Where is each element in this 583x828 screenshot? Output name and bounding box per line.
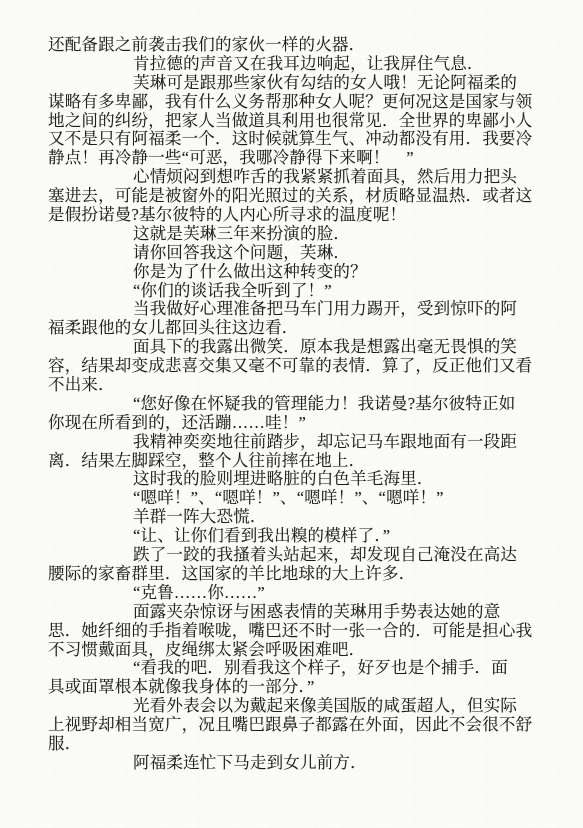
text-line: 服．	[48, 735, 535, 754]
text-line: 阿福柔连忙下马走到女儿前方．	[48, 754, 535, 773]
text-line: 地之间的纠纷，把家人当做道具利用也很常见．全世界的卑鄙小人	[48, 112, 535, 131]
text-line: “看我的吧．别看我这个样子，好歹也是个捕手．面	[48, 659, 535, 678]
text-line: 这时我的脸则埋进略脏的白色羊毛海里．	[48, 470, 535, 489]
text-line: 静点！再冷静一些“可恶，我哪冷静得下来啊！ ”	[48, 149, 535, 168]
text-line: 又不是只有阿福柔一个．这时候就算生气、冲动都没有用．我要冷	[48, 130, 535, 149]
text-line: 离．结果左脚踩空，整个人往前摔在地上．	[48, 452, 535, 471]
text-line: 这就是芙琳三年来扮演的脸．	[48, 225, 535, 244]
text-line: 你现在所看到的，还活蹦……哇！”	[48, 414, 535, 433]
text-line: 是假扮诺曼?基尔彼特的人内心所寻求的温度呢！	[48, 206, 535, 225]
text-line: 你是为了什么做出这种转变的？	[48, 263, 535, 282]
text-line: 心情烦闷到想咋舌的我紧紧抓着面具，然后用力把头	[48, 168, 535, 187]
text-line: 面具下的我露出微笑．原本我是想露出毫无畏惧的笑	[48, 338, 535, 357]
text-line: 芙琳可是跟那些家伙有勾结的女人哦！无论阿福柔的	[48, 74, 535, 93]
text-line: 羊群一阵大恐慌．	[48, 508, 535, 527]
text-line: 跌了一跤的我搔着头站起来，却发现自己淹没在高达	[48, 546, 535, 565]
novel-page: 还配备跟之前袭击我们的家伙一样的火器．肯拉德的声音又在我耳边响起，让我屏住气息．…	[0, 0, 583, 828]
text-line: 腰际的家畜群里．这国家的羊比地球的大上许多．	[48, 565, 535, 584]
text-line: “嗯咩！”、“嗯咩！”、“嗯咩！”、“嗯咩！”	[48, 489, 535, 508]
text-line: 光看外表会以为戴起来像美国版的咸蛋超人，但实际	[48, 697, 535, 716]
text-line: 不出来．	[48, 376, 535, 395]
text-line: 请你回答我这个问题，芙琳．	[48, 244, 535, 263]
text-line: 福柔跟他的女儿都回头往这边看．	[48, 319, 535, 338]
text-line: 我精神奕奕地往前踏步，却忘记马车跟地面有一段距	[48, 433, 535, 452]
text-line: 还配备跟之前袭击我们的家伙一样的火器．	[48, 36, 535, 55]
text-line: 不习惯戴面具，皮绳绑太紧会呼吸困难吧．	[48, 641, 535, 660]
text-line: 谋略有多卑鄙，我有什么义务帮那种女人呢？更何况这是国家与领	[48, 93, 535, 112]
text-block: 还配备跟之前袭击我们的家伙一样的火器．肯拉德的声音又在我耳边响起，让我屏住气息．…	[48, 36, 535, 773]
text-line: 容，结果却变成悲喜交集又毫不可靠的表情．算了，反正他们又看	[48, 357, 535, 376]
text-line: “克鲁……你……”	[48, 584, 535, 603]
text-line: 面露夹杂惊讶与困惑表情的芙琳用手势表达她的意	[48, 603, 535, 622]
text-line: 上视野却相当宽广，况且嘴巴跟鼻子都露在外面，因此不会很不舒	[48, 716, 535, 735]
text-line: 具或面罩根本就像我身体的一部分．”	[48, 678, 535, 697]
text-line: “你们的谈话我全听到了！”	[48, 282, 535, 301]
text-line: 当我做好心理准备把马车门用力踢开，受到惊吓的阿	[48, 300, 535, 319]
text-line: “让、让你们看到我出糗的模样了．”	[48, 527, 535, 546]
text-line: 塞进去，可能是被窗外的阳光照过的关系，材质略显温热．或者这	[48, 187, 535, 206]
text-line: 思．她纤细的手指着喉咙，嘴巴还不时一张一合的．可能是担心我	[48, 622, 535, 641]
text-line: “您好像在怀疑我的管理能力！我诺曼?基尔彼特正如	[48, 395, 535, 414]
text-line: 肯拉德的声音又在我耳边响起，让我屏住气息．	[48, 55, 535, 74]
